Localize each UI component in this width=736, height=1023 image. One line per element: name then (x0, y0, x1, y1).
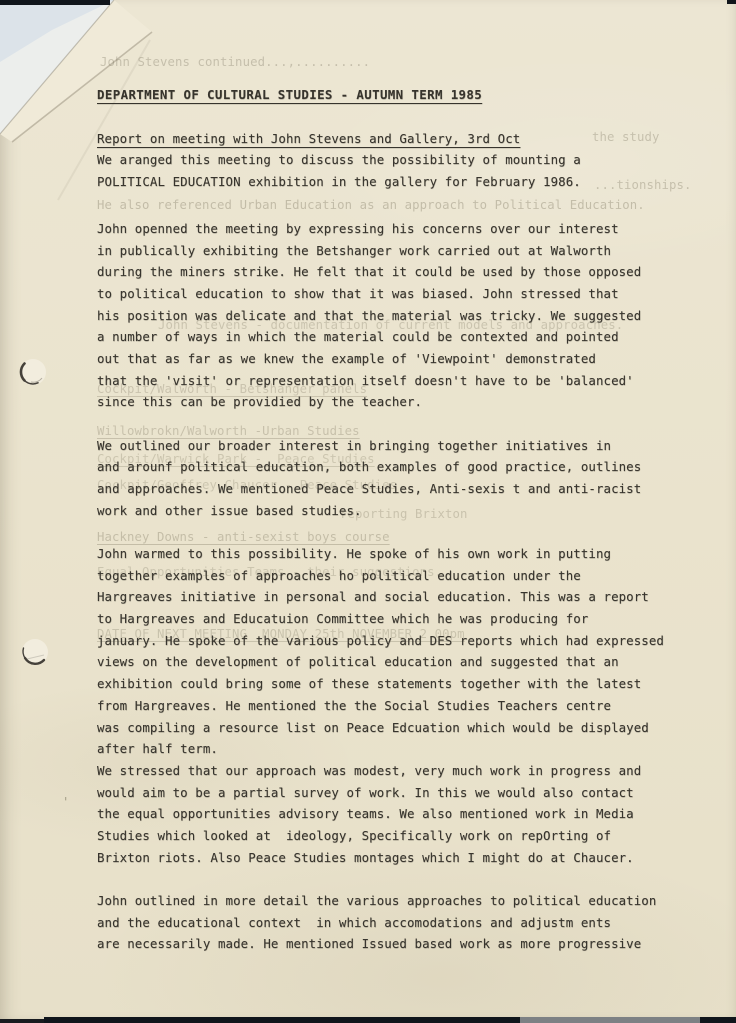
text-line: exhibition could bring some of these sta… (97, 673, 682, 695)
text-line: are necessarily made. He mentioned Issue… (97, 933, 682, 955)
text-line: the equal opportunities advisory teams. … (97, 803, 682, 825)
text-line: We stressed that our approach was modest… (97, 760, 682, 782)
text-line: out that as far as we knew the example o… (97, 348, 682, 370)
text-line: a number of ways in which the material c… (97, 326, 682, 348)
paragraphs-container: We aranged this meeting to discuss the p… (97, 149, 682, 955)
text-line: would aim to be a partial survey of work… (97, 782, 682, 804)
text-line: We outlined our broader interest in brin… (97, 435, 682, 457)
text-line: Brixton riots. Also Peace Studies montag… (97, 847, 682, 869)
text-line: John warmed to this possibility. He spok… (97, 543, 682, 565)
text-line: We aranged this meeting to discuss the p… (97, 149, 682, 171)
report-subheading: Report on meeting with John Stevens and … (97, 128, 682, 150)
text-line: to Hargreaves and Educatuion Committee w… (97, 608, 682, 630)
text-line: after half term. (97, 738, 682, 760)
text-line: from Hargreaves. He mentioned the the So… (97, 695, 682, 717)
paragraph: John warmed to this possibility. He spok… (97, 543, 682, 760)
paragraph: We stressed that our approach was modest… (97, 760, 682, 869)
text-line: and approaches. We mentioned Peace Studi… (97, 478, 682, 500)
document-body: DEPARTMENT OF CULTURAL STUDIES - AUTUMN … (97, 84, 682, 955)
text-line: and arounf political education, both exa… (97, 456, 682, 478)
text-line: and the educational context in which acc… (97, 912, 682, 934)
text-line: together examples of approaches ho polit… (97, 565, 682, 587)
paragraph: John openned the meeting by expressing h… (97, 218, 682, 413)
text-line: Studies which looked at ideology, Specif… (97, 825, 682, 847)
text-line: to political education to show that it w… (97, 283, 682, 305)
text-line: in publically exhibiting the Betshanger … (97, 240, 682, 262)
text-line: was compiling a resource list on Peace E… (97, 717, 682, 739)
text-line: during the miners strike. He felt that i… (97, 261, 682, 283)
text-line: since this can be providied by the teach… (97, 391, 682, 413)
bleed-through-text: John Stevens continued...,.......... (100, 55, 370, 69)
paragraph: John outlined in more detail the various… (97, 890, 682, 955)
text-line: Hargreaves initiative in personal and so… (97, 586, 682, 608)
paragraph: We outlined our broader interest in brin… (97, 435, 682, 522)
text-line: january. He spoke of the various policy … (97, 630, 682, 652)
paragraph: We aranged this meeting to discuss the p… (97, 149, 682, 192)
text-line: that the 'visit' or representation itsel… (97, 370, 682, 392)
text-line: his position was delicate and that the m… (97, 305, 682, 327)
bleed-through-text: ' (62, 795, 70, 809)
text-line: POLITICAL EDUCATION exhibition in the ga… (97, 171, 682, 193)
scanned-document-page: John Stevens continued...,..........the … (0, 0, 736, 1023)
text-line: views on the development of political ed… (97, 651, 682, 673)
text-line: John outlined in more detail the various… (97, 890, 682, 912)
text-line: John openned the meeting by expressing h… (97, 218, 682, 240)
text-line: work and other issue based studies. (97, 500, 682, 522)
page-title: DEPARTMENT OF CULTURAL STUDIES - AUTUMN … (97, 84, 682, 106)
